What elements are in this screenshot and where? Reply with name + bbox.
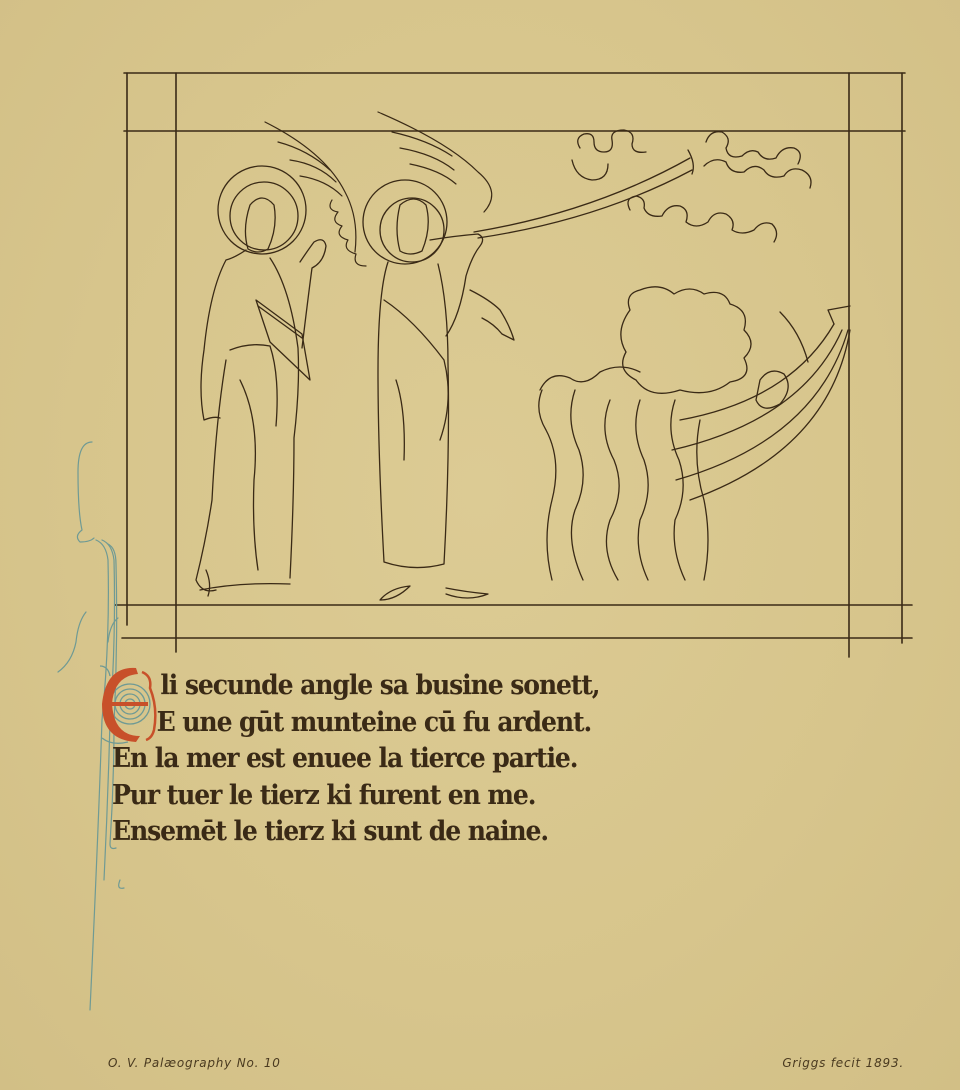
verse-line-1: li secunde angle sa busine sonett,	[112, 668, 599, 705]
ruled-frame	[115, 73, 912, 657]
haloed-figure-with-book	[196, 166, 326, 596]
winged-angel-with-trumpet	[363, 180, 514, 600]
burning-mountain	[539, 287, 751, 580]
trumpet	[474, 150, 693, 238]
verse-text: li secunde angle sa busine sonett, E une…	[112, 668, 599, 851]
verse-line-5: Ensemēt le tierz ki sunt de naine.	[112, 814, 599, 851]
illustration	[0, 0, 960, 1090]
verse-line-3: En la mer est enuee la tierce partie.	[112, 741, 599, 778]
plate-caption: O. V. Palæography No. 10	[108, 1056, 281, 1070]
verse-line-4: Pur tuer le tierz ki furent en me.	[112, 778, 599, 815]
ship	[672, 306, 850, 500]
verse-line-2: E une gūt munteine cū fu ardent.	[112, 705, 599, 742]
engraver-credit: Griggs fecit 1893.	[782, 1056, 904, 1070]
clouds	[572, 130, 811, 242]
